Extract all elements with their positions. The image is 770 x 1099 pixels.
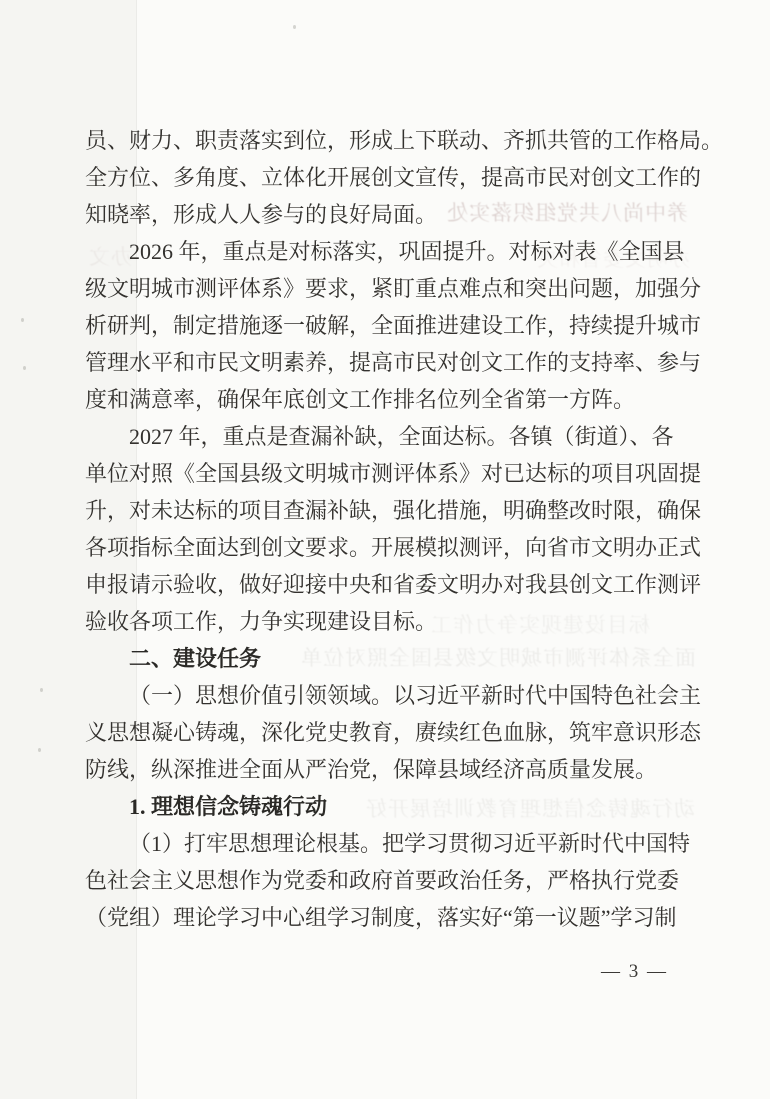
- text-line: 员、财力、职责落实到位，形成上下联动、齐抓共管的工作格局。: [85, 122, 701, 159]
- text-line: 析研判，制定措施逐一破解，全面推进建设工作，持续提升城市: [85, 307, 701, 344]
- text-line: 管理水平和市民文明素养，提高市民对创文工作的支持率、参与: [85, 344, 701, 381]
- scan-speck: [21, 318, 24, 322]
- text-line: 知晓率，形成人人参与的良好局面。: [85, 196, 701, 233]
- document-body: 员、财力、职责落实到位，形成上下联动、齐抓共管的工作格局。全方位、多角度、立体化…: [85, 122, 701, 936]
- text-line: 级文明城市测评体系》要求，紧盯重点难点和突出问题，加强分: [85, 270, 701, 307]
- sub-heading: 1. 理想信念铸魂行动: [85, 788, 701, 825]
- text-line: （党组）理论学习中心组学习制度，落实好“第一议题”学习制: [85, 899, 701, 936]
- text-line: 义思想凝心铸魂，深化党史教育，赓续红色血脉，筑牢意识形态: [85, 714, 701, 751]
- text-line: 2026 年，重点是对标落实，巩固提升。对标对表《全国县: [85, 233, 701, 270]
- text-line: 防线，纵深推进全面从严治党，保障县域经济高质量发展。: [85, 751, 701, 788]
- scan-speck: [38, 748, 41, 752]
- page-number: — 3 —: [601, 961, 668, 983]
- text-line: 升，对未达标的项目查漏补缺，强化措施，明确整改时限，确保: [85, 492, 701, 529]
- scan-speck: [40, 688, 43, 692]
- text-line: （1）打牢思想理论根基。把学习贯彻习近平新时代中国特: [85, 825, 701, 862]
- text-line: 申报请示验收，做好迎接中央和省委文明办对我县创文工作测评: [85, 566, 701, 603]
- text-line: 验收各项工作，力争实现建设目标。: [85, 603, 701, 640]
- text-line: 各项指标全面达到创文要求。开展模拟测评，向省市文明办正式: [85, 529, 701, 566]
- scan-speck: [293, 25, 296, 29]
- scan-speck: [23, 366, 26, 370]
- text-line: 全方位、多角度、立体化开展创文宣传，提高市民对创文工作的: [85, 159, 701, 196]
- text-line: 2027 年，重点是查漏补缺，全面达标。各镇（街道）、各: [85, 418, 701, 455]
- section-heading: 二、建设任务: [85, 640, 701, 677]
- text-line: 色社会主义思想作为党委和政府首要政治任务，严格执行党委: [85, 862, 701, 899]
- text-line: 度和满意率，确保年底创文工作排名位列全省第一方阵。: [85, 381, 701, 418]
- text-line: 单位对照《全国县级文明城市测评体系》对已达标的项目巩固提: [85, 455, 701, 492]
- text-line: （一）思想价值引领领域。以习近平新时代中国特色社会主: [85, 677, 701, 714]
